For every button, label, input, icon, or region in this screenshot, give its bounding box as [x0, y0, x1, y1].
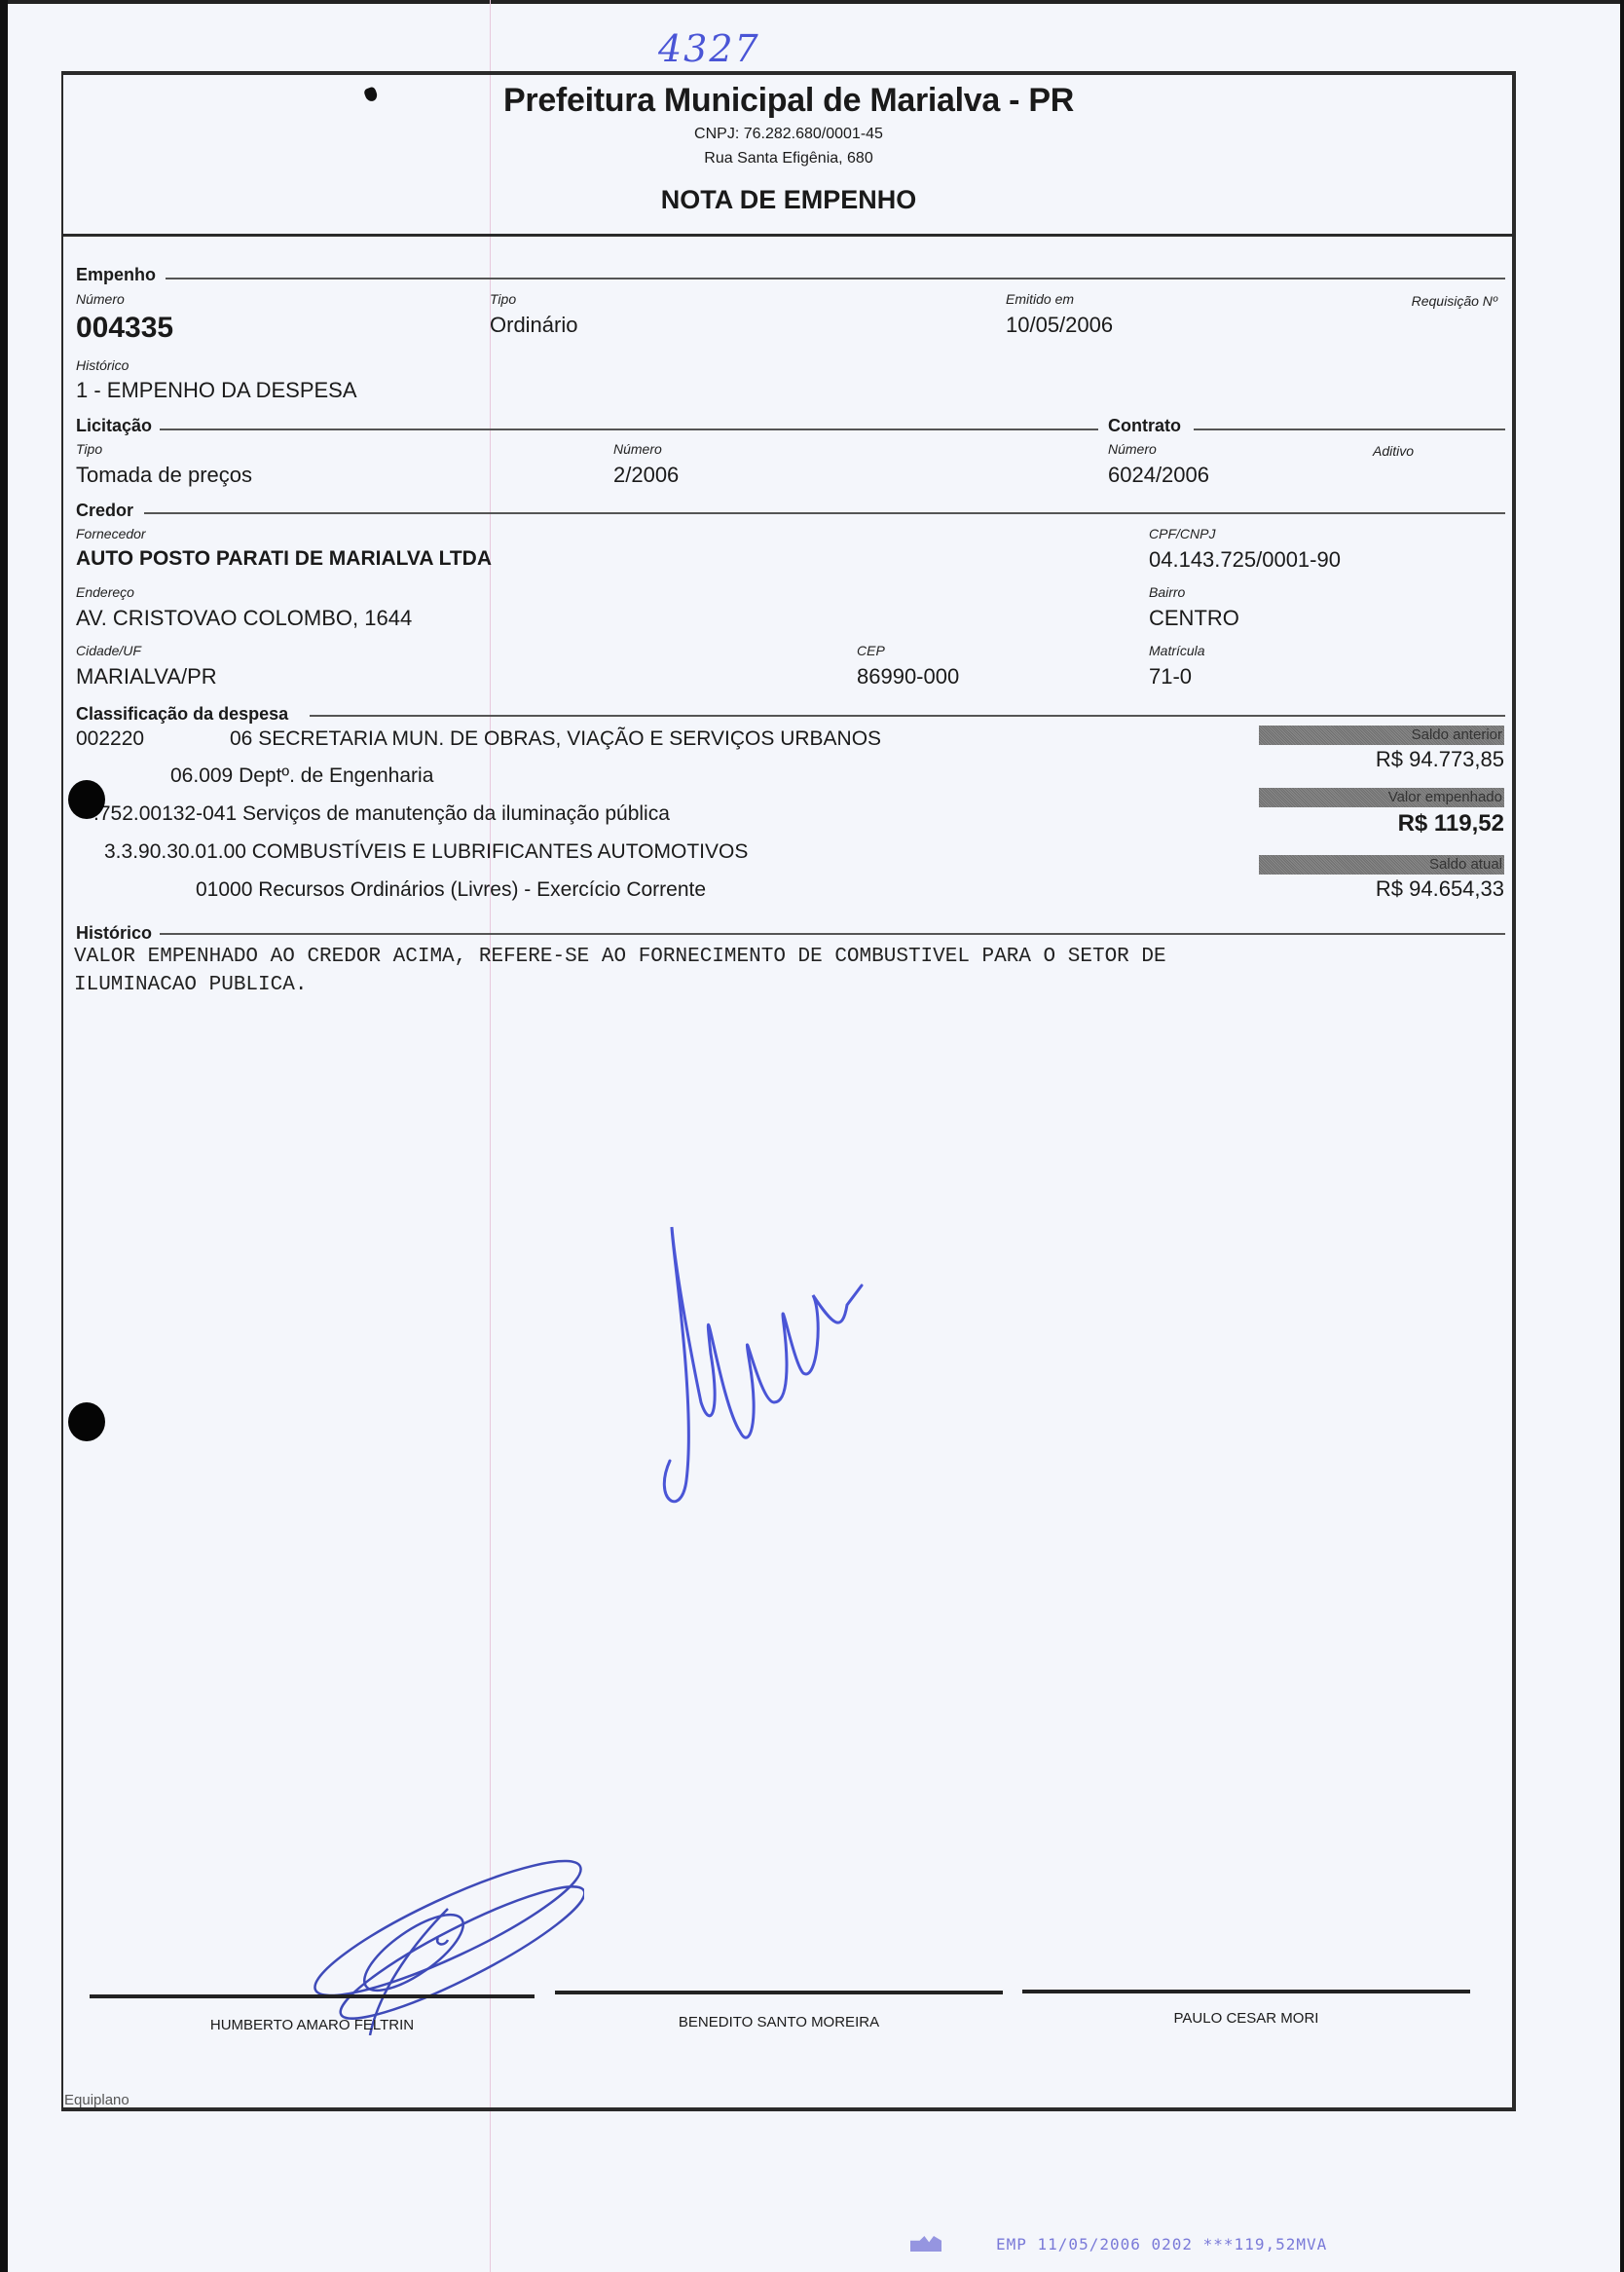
- header-divider: [61, 234, 1516, 237]
- empenho-tipo-label: Tipo: [490, 291, 516, 307]
- saldo-atual-label: Saldo atual: [1259, 855, 1504, 875]
- signatory-3-name: PAULO CESAR MORI: [1022, 2010, 1470, 2027]
- matricula-value: 71-0: [1149, 664, 1192, 689]
- municipality-title: Prefeitura Municipal de Marialva - PR: [61, 82, 1516, 120]
- licitacao-numero: 2/2006: [613, 463, 679, 488]
- section-contrato: Contrato: [1108, 416, 1181, 436]
- stamp-logo-icon: [910, 2236, 941, 2252]
- emitido-date: 10/05/2006: [1006, 313, 1113, 338]
- licitacao-tipo-label: Tipo: [76, 441, 102, 457]
- divider: [144, 512, 1505, 514]
- empenho-historico-label: Histórico: [76, 357, 129, 373]
- bairro-value: CENTRO: [1149, 606, 1239, 631]
- divider: [160, 428, 1098, 430]
- cidade-value: MARIALVA/PR: [76, 664, 217, 689]
- fornecedor-label: Fornecedor: [76, 526, 146, 541]
- section-classificacao: Classificação da despesa: [76, 704, 288, 725]
- endereco-label: Endereço: [76, 584, 134, 600]
- historico-text: VALOR EMPENHADO AO CREDOR ACIMA, REFERE-…: [74, 943, 1166, 999]
- register-stamp: EMP 11/05/2006 0202 ***119,52MVA: [996, 2235, 1327, 2253]
- divider: [1194, 428, 1505, 430]
- signatory-1-name: HUMBERTO AMARO FELTRIN: [90, 2017, 535, 2033]
- section-licitacao: Licitação: [76, 416, 152, 436]
- cpf-label: CPF/CNPJ: [1149, 526, 1215, 541]
- contrato-numero-label: Número: [1108, 441, 1157, 457]
- emitido-label: Emitido em: [1006, 291, 1074, 307]
- licitacao-numero-label: Número: [613, 441, 662, 457]
- section-credor: Credor: [76, 501, 133, 521]
- aditivo-label: Aditivo: [1373, 443, 1414, 459]
- orgao-line: 06 SECRETARIA MUN. DE OBRAS, VIAÇÃO E SE…: [230, 727, 881, 751]
- signature-line-3: [1022, 1990, 1470, 1993]
- empenho-tipo: Ordinário: [490, 313, 577, 338]
- unidade-line: 06.009 Deptº. de Engenharia: [170, 764, 433, 788]
- signature-line-2: [555, 1991, 1003, 1994]
- valor-empenhado-value: R$ 119,52: [1398, 810, 1504, 838]
- requisicao-label: Requisição Nº: [1412, 293, 1497, 309]
- cep-value: 86990-000: [857, 664, 959, 689]
- funcional-line: .752.00132-041 Serviços de manutenção da…: [93, 802, 670, 826]
- scan-edge-top: [0, 0, 1624, 4]
- fornecedor-name: AUTO POSTO PARATI DE MARIALVA LTDA: [76, 547, 492, 571]
- section-empenho: Empenho: [76, 265, 156, 285]
- empenho-numero-label: Número: [76, 291, 125, 307]
- signatory-2-name: BENEDITO SANTO MOREIRA: [555, 2014, 1003, 2030]
- classificacao-code: 002220: [76, 727, 144, 751]
- recurso-line: 01000 Recursos Ordinários (Livres) - Exe…: [196, 878, 706, 902]
- punch-hole-mark: [68, 780, 105, 819]
- elemento-line: 3.3.90.30.01.00 COMBUSTÍVEIS E LUBRIFICA…: [104, 840, 748, 864]
- cpf-value: 04.143.725/0001-90: [1149, 547, 1341, 573]
- handwritten-signature-feltrin: [302, 1841, 584, 2035]
- saldo-anterior-label: Saldo anterior: [1259, 726, 1504, 745]
- cep-label: CEP: [857, 643, 885, 658]
- signature-line-1: [90, 1994, 535, 1998]
- saldo-anterior-value: R$ 94.773,85: [1376, 747, 1504, 772]
- punch-hole-mark: [68, 1402, 105, 1441]
- valor-empenhado-label: Valor empenhado: [1259, 788, 1504, 807]
- saldo-atual-value: R$ 94.654,33: [1376, 876, 1504, 902]
- bairro-label: Bairro: [1149, 584, 1185, 600]
- software-footer: Equiplano: [64, 2092, 129, 2108]
- divider: [160, 933, 1505, 935]
- scan-edge-right: [1620, 0, 1624, 2272]
- handwritten-signature-mark: [643, 1208, 867, 1519]
- divider: [166, 278, 1505, 279]
- document-title: NOTA DE EMPENHO: [61, 185, 1516, 215]
- section-historico: Histórico: [76, 923, 152, 944]
- scan-edge-left: [0, 0, 8, 2272]
- contrato-numero: 6024/2006: [1108, 463, 1209, 488]
- endereco-value: AV. CRISTOVAO COLOMBO, 1644: [76, 606, 412, 631]
- empenho-numero: 004335: [76, 312, 173, 345]
- empenho-historico: 1 - EMPENHO DA DESPESA: [76, 378, 357, 403]
- licitacao-tipo: Tomada de preços: [76, 463, 252, 488]
- document-header: Prefeitura Municipal de Marialva - PR CN…: [61, 78, 1516, 215]
- cnpj-line: CNPJ: 76.282.680/0001-45: [61, 126, 1516, 143]
- matricula-label: Matrícula: [1149, 643, 1205, 658]
- handwritten-number: 4327: [658, 27, 760, 70]
- address-line: Rua Santa Efigênia, 680: [61, 150, 1516, 168]
- divider: [310, 715, 1505, 717]
- cidade-label: Cidade/UF: [76, 643, 141, 658]
